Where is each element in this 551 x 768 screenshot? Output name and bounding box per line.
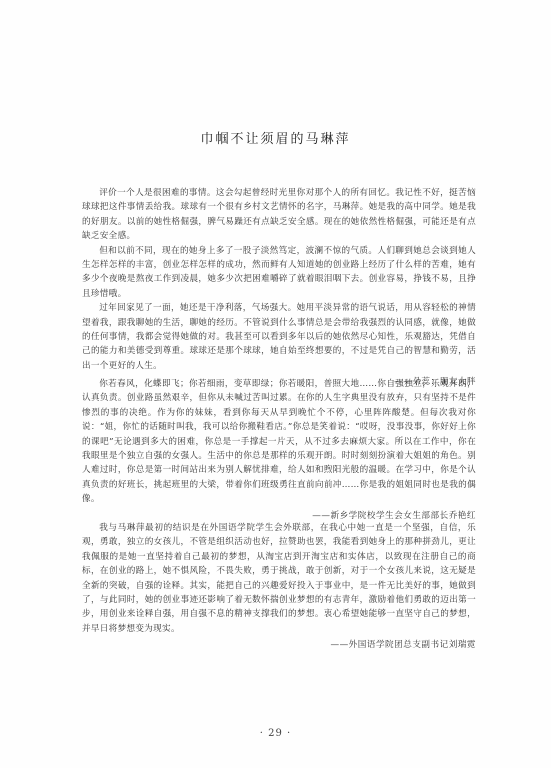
paragraph: 你若春风，化蝶即飞；你若细雨，变草即绿；你若暖阳，普照大地……你自强独立，乐观开… (82, 377, 476, 507)
paragraph: 但和以前不同，现在的她身上多了一股子淡然笃定，波澜不惊的气质。人们聊到她总会谈到… (82, 244, 476, 302)
testimonial-section-3: 我与马琳萍最初的结识是在外国语学院学生会外联部，在我心中她一直是一个坚强，自信，… (82, 521, 476, 653)
testimonial-section-2: 你若春风，化蝶即飞；你若细雨，变草即绿；你若暖阳，普照大地……你自强独立，乐观开… (82, 377, 476, 523)
paragraph: 过年回家见了一面，她还是干净利落，气场强大。她用平淡异常的语气说话，用从容轻松的… (82, 301, 476, 373)
page-title: 巾帼不让须眉的马琳萍 (0, 128, 551, 147)
testimonial-section-1: 评价一个人是很困难的事情。这会勾起曾经时光里你对那个人的所有回忆。我记性不好，挺… (82, 186, 476, 390)
paragraph: 我与马琳萍最初的结识是在外国语学院学生会外联部，在我心中她一直是一个坚强，自信，… (82, 521, 476, 636)
page-number: · 29 · (0, 728, 551, 739)
document-page: 巾帼不让须眉的马琳萍 评价一个人是很困难的事情。这会勾起曾经时光里你对那个人的所… (0, 0, 551, 768)
signature: ——外国语学院团总支副书记刘瑞霓 (82, 638, 476, 652)
paragraph: 评价一个人是很困难的事情。这会勾起曾经时光里你对那个人的所有回忆。我记性不好，挺… (82, 186, 476, 244)
